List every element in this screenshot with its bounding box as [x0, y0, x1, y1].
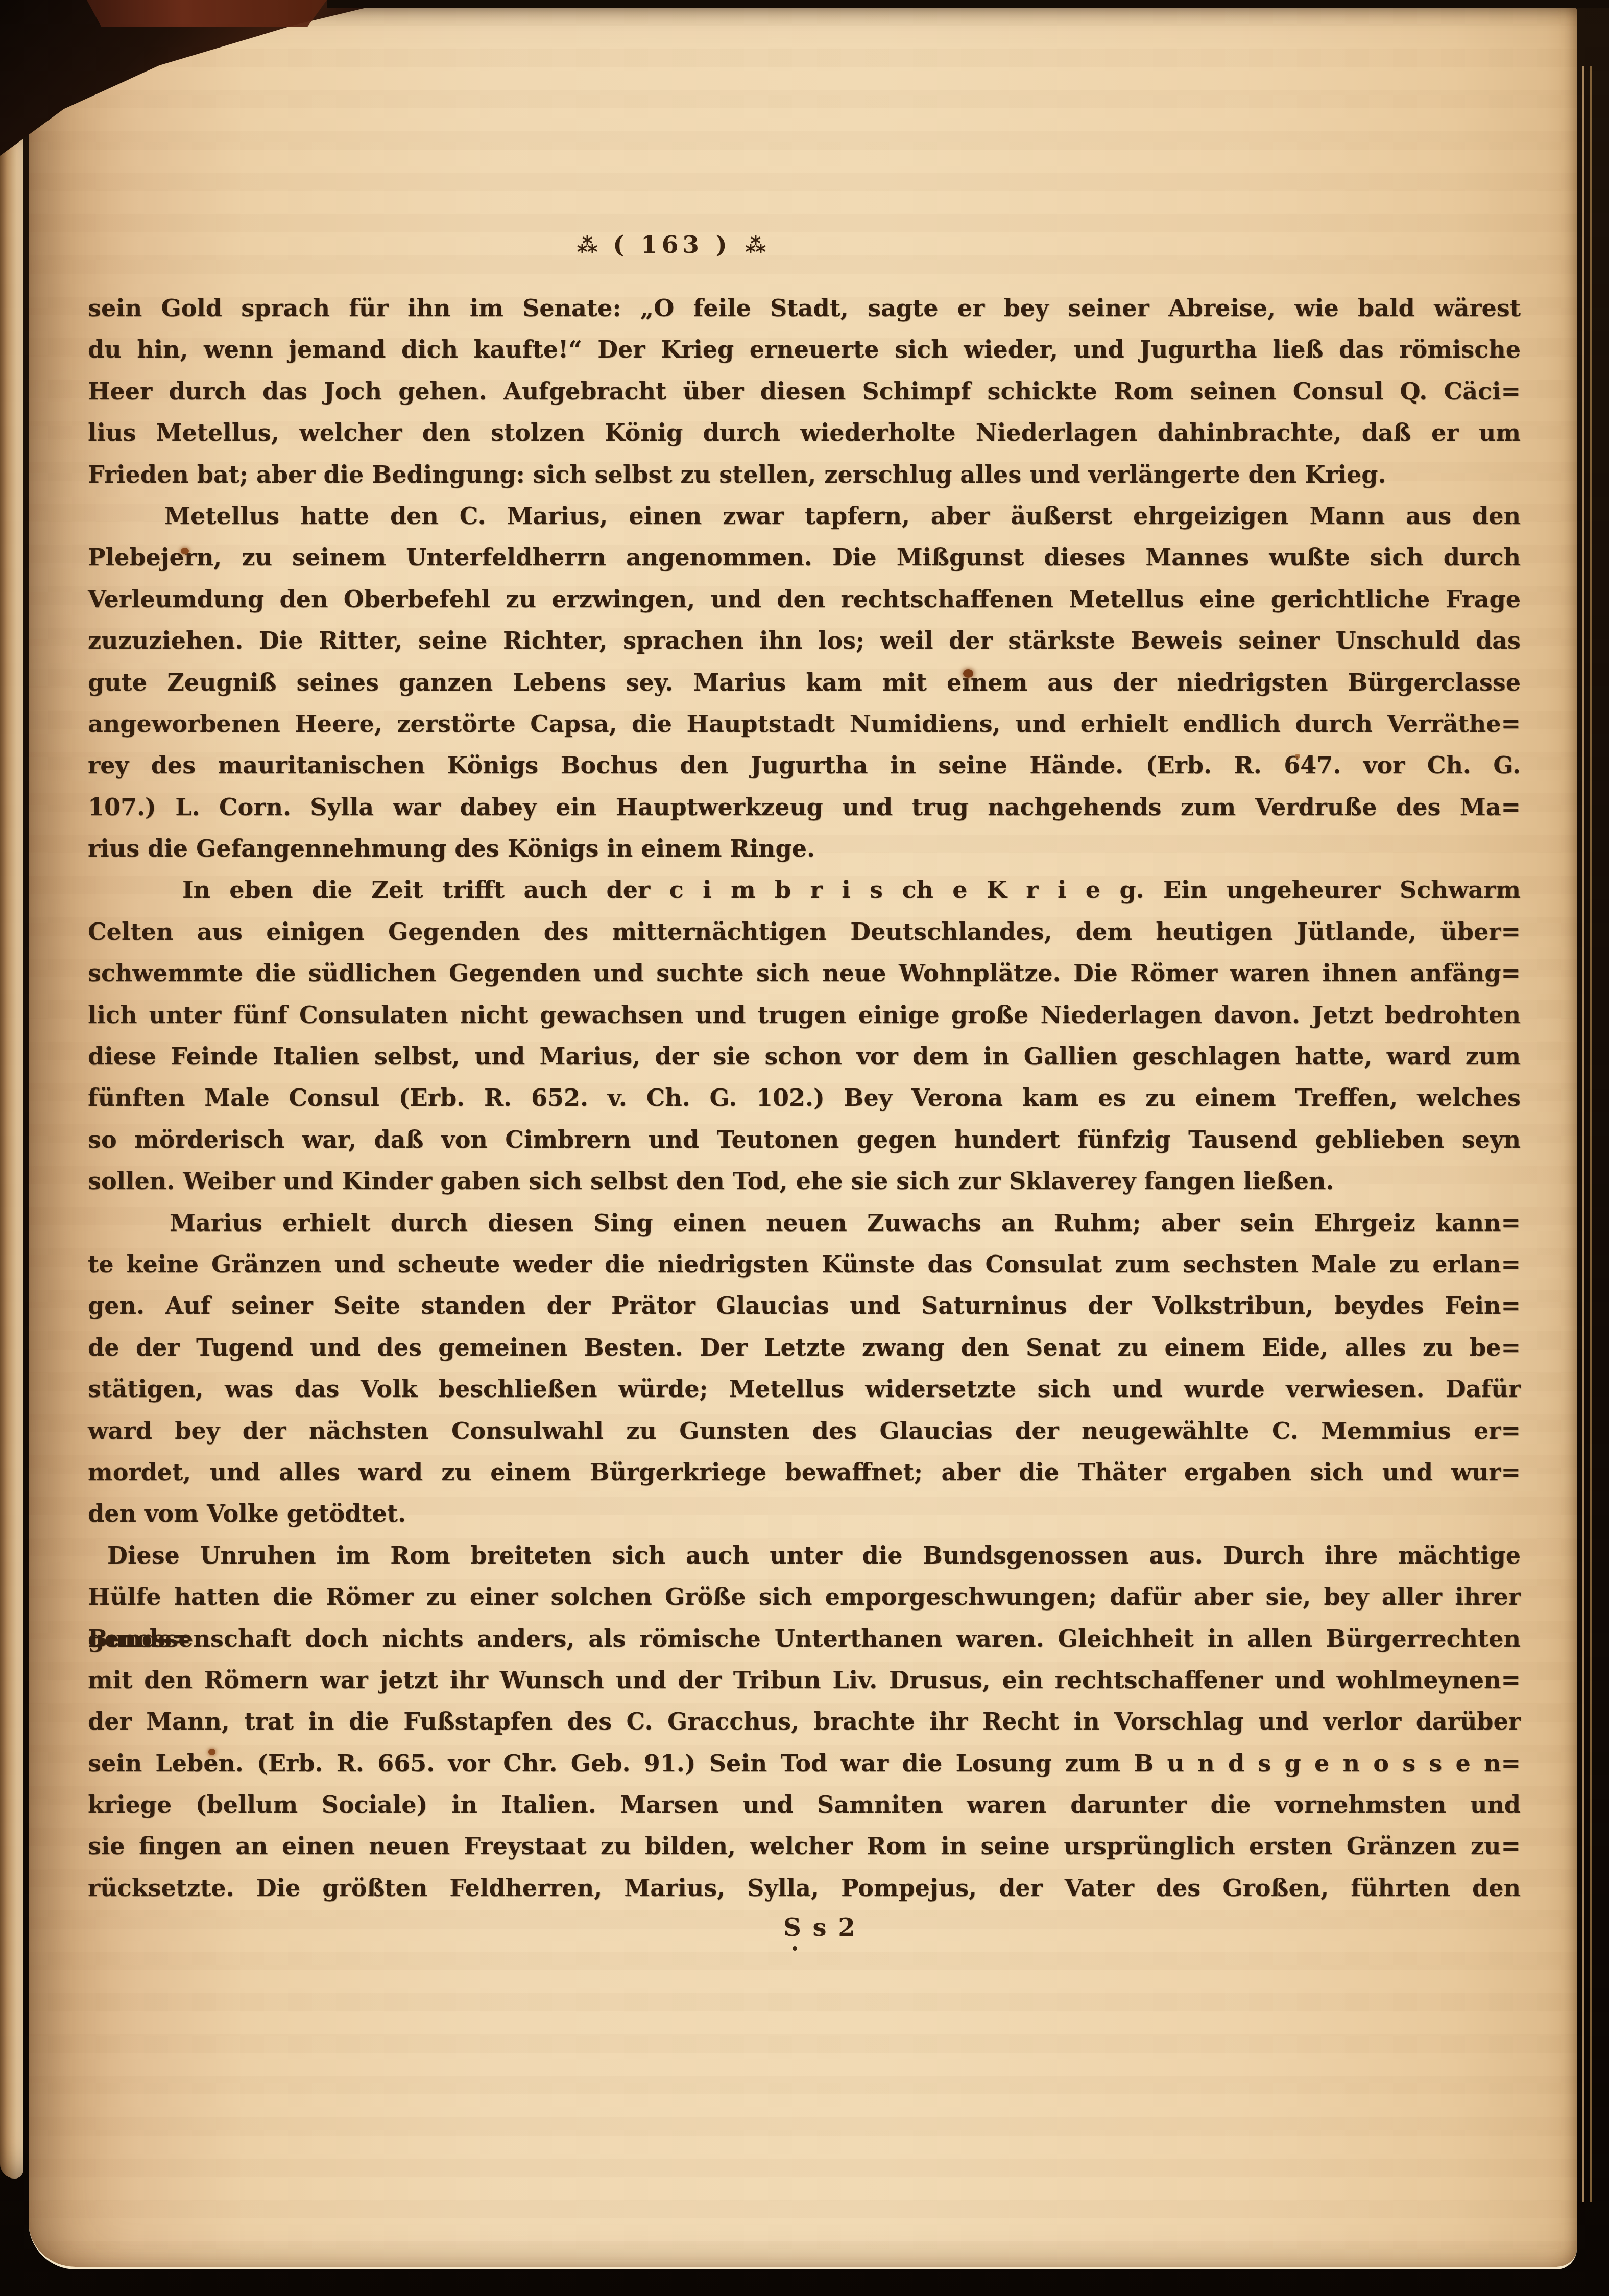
text-line: genossenschaft doch nichts anders, als r… — [88, 1618, 1521, 1660]
text-line: zuzuziehen. Die Ritter, seine Richter, s… — [88, 620, 1521, 661]
book-page: ⁂ ( 163 ) ⁂ sein Gold sprach für ihn im … — [29, 7, 1577, 2269]
book-photo: ⁂ ( 163 ) ⁂ sein Gold sprach für ihn im … — [0, 0, 1609, 2296]
text-line: sollen. Weiber und Kinder gaben sich sel… — [88, 1161, 1521, 1202]
previous-page-edge — [0, 125, 23, 2179]
text-line: mit den Römern war jetzt ihr Wunsch und … — [88, 1660, 1521, 1701]
fleuron-left-icon: ⁂ — [577, 234, 599, 257]
text-line: Metellus hatte den C. Marius, einen zwar… — [88, 495, 1521, 537]
text-line: du hin, wenn jemand dich kaufte!“ Der Kr… — [88, 329, 1521, 370]
text-line: sein Gold sprach für ihn im Senate: „O f… — [88, 288, 1521, 329]
text-line: Marius erhielt durch diesen Sing einen n… — [88, 1202, 1521, 1244]
text-line: angeworbenen Heere, zerstörte Capsa, die… — [88, 703, 1521, 745]
text-line: fünften Male Consul (Erb. R. 652. v. Ch.… — [88, 1077, 1521, 1119]
text-line: stätigen, was das Volk beschließen würde… — [88, 1368, 1521, 1410]
text-line: lius Metellus, welcher den stolzen König… — [88, 412, 1521, 454]
text-line: In eben die Zeit trifft auch der c i m b… — [88, 869, 1521, 911]
text-line: rius die Gefangennehmung des Königs in e… — [88, 828, 1521, 869]
text-line: lich unter fünf Consulaten nicht gewachs… — [88, 995, 1521, 1036]
text-line: der Mann, trat in die Fußstapfen des C. … — [88, 1701, 1521, 1742]
text-line: rücksetzte. Die größten Feldherren, Mari… — [88, 1867, 1521, 1909]
text-line: Diese Unruhen im Rom breiteten sich auch… — [88, 1535, 1521, 1576]
text-line: ward bey der nächsten Consulwahl zu Guns… — [88, 1410, 1521, 1452]
text-line: Hülfe hatten die Römer zu einer solchen … — [88, 1576, 1521, 1618]
text-line: kriege (bellum Sociale) in Italien. Mars… — [88, 1784, 1521, 1826]
page-number: ( 163 ) — [613, 231, 731, 259]
text-line: Heer durch das Joch gehen. Aufgebracht ü… — [88, 371, 1521, 412]
text-line: mordet, und alles ward zu einem Bürgerkr… — [88, 1452, 1521, 1493]
text-line: gute Zeugniß seines ganzen Lebens sey. M… — [88, 662, 1521, 703]
text-line: Celten aus einigen Gegenden des mitternä… — [88, 911, 1521, 953]
text-line: den vom Volke getödtet. — [88, 1493, 1521, 1534]
text-line: rey des mauritanischen Königs Bochus den… — [88, 745, 1521, 786]
text-line: Verleumdung den Oberbefehl zu erzwingen,… — [88, 579, 1521, 620]
page-stack-edges — [1582, 66, 1599, 2202]
text-block: sein Gold sprach für ihn im Senate: „O f… — [88, 288, 1521, 1909]
text-line: de der Tugend und des gemeinen Besten. D… — [88, 1327, 1521, 1368]
text-line: 107.) L. Corn. Sylla war dabey ein Haupt… — [88, 787, 1521, 828]
fleuron-right-icon: ⁂ — [745, 234, 767, 257]
text-line: so mörderisch war, daß von Cimbrern und … — [88, 1119, 1521, 1161]
text-line: Frieden bat; aber die Bedingung: sich se… — [88, 454, 1521, 495]
text-line: diese Feinde Italien selbst, und Marius,… — [88, 1036, 1521, 1077]
page-header: ⁂ ( 163 ) ⁂ — [503, 231, 840, 259]
stain — [793, 1946, 797, 1951]
book-cover-spine-patch — [87, 0, 327, 27]
text-line: schwemmte die südlichen Gegenden und suc… — [88, 953, 1521, 994]
signature-mark: S s 2 — [743, 1913, 897, 1942]
text-line: te keine Gränzen und scheute weder die n… — [88, 1244, 1521, 1285]
scan-edge-shadow — [327, 0, 1609, 8]
text-line: gen. Auf seiner Seite standen der Prätor… — [88, 1285, 1521, 1327]
text-line: Plebejern, zu seinem Unterfeldherrn ange… — [88, 537, 1521, 578]
text-line: sie fingen an einen neuen Freystaat zu b… — [88, 1826, 1521, 1867]
text-line: sein Leben. (Erb. R. 665. vor Chr. Geb. … — [88, 1743, 1521, 1784]
